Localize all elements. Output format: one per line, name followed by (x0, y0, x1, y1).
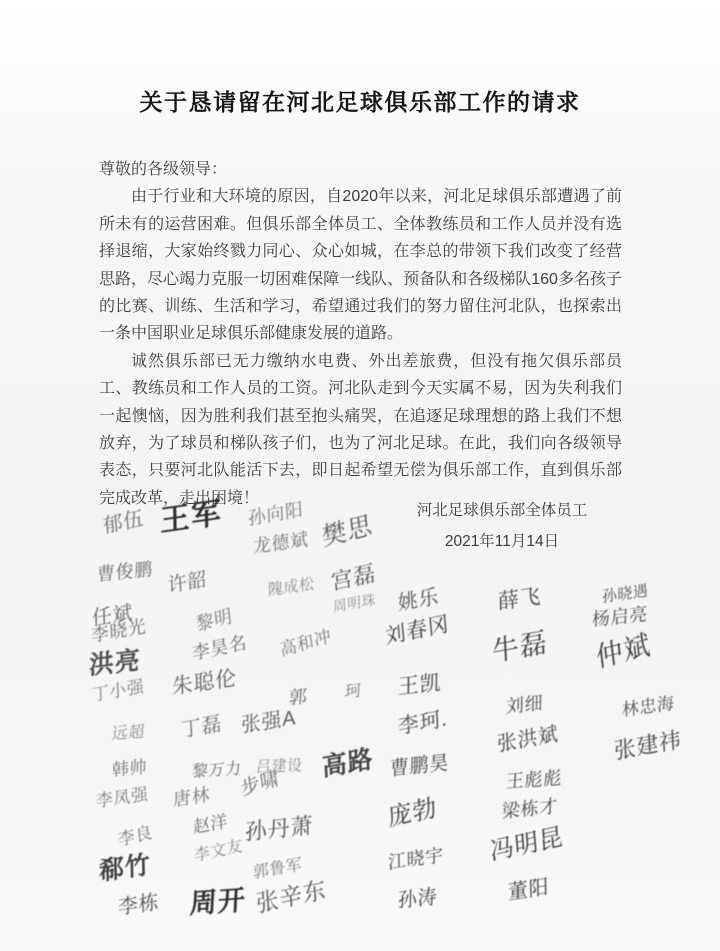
signature: 任斌 (92, 596, 134, 631)
signature: 李珂. (397, 702, 448, 741)
signature: 郭 (288, 683, 308, 710)
signature: 冯明昆 (488, 816, 564, 867)
document-title: 关于恳请留在河北足球俱乐部工作的请求 (0, 84, 720, 117)
paragraph-2: 诚然俱乐部已无力缴纳水电费、外出差旅费，但没有拖欠俱乐部员工、教练员和工作人员的… (99, 348, 622, 512)
signature: 李昊名 (191, 628, 248, 666)
signature: 姚乐 (397, 580, 440, 616)
signature: 隗成松 (268, 572, 315, 600)
signature: 孙丹萧 (245, 809, 314, 847)
signature: 丁小强 (91, 672, 145, 706)
signature: 周开 (189, 878, 247, 921)
signature: 刘春冈 (384, 607, 451, 651)
signature: 林忠海 (622, 689, 675, 722)
signature: 牛磊 (491, 620, 548, 669)
signature: 王彪彪 (505, 764, 562, 794)
signature: 杨启亮 (592, 600, 648, 632)
signature: 韩帅 (112, 752, 148, 781)
signature: 李晓光 (90, 612, 147, 648)
signature: 李凤强 (96, 780, 149, 813)
signature: 李栋 (118, 885, 160, 920)
signature: 曹鹏昊 (390, 748, 449, 781)
paragraph-1: 由于行业和大环境的原因，自2020年以来，河北足球俱乐部遭遇了前所未有的运营困难… (99, 183, 622, 347)
document-body: 尊敬的各级领导： 由于行业和大环境的原因，自2020年以来，河北足球俱乐部遭遇了… (99, 156, 622, 512)
signature: 黎万力 (191, 755, 242, 782)
signature: 王凯 (398, 666, 442, 701)
signature: 董阳 (508, 870, 550, 905)
signature: 郗竹 (99, 845, 151, 889)
signature: 曹俊鹏 (97, 555, 153, 587)
signature: 周明珠 (332, 589, 376, 617)
signature: 唐林 (173, 781, 211, 812)
signature: 李良 (116, 817, 153, 851)
signature: 远超 (111, 719, 145, 744)
signature: 张辛东 (255, 871, 328, 919)
signature: 洪亮 (89, 640, 141, 682)
signoff-date: 2021年11月14日 (392, 526, 612, 557)
signature: 仲斌 (594, 622, 653, 675)
signature: 吕建设 (255, 754, 304, 777)
signature: 孙涛 (398, 882, 438, 913)
document-page: 关于恳请留在河北足球俱乐部工作的请求 尊敬的各级领导： 由于行业和大环境的原因，… (0, 0, 720, 951)
signature: 郭鲁军 (252, 851, 302, 883)
signature: 宫磊 (330, 556, 377, 597)
signature: 樊思 (320, 505, 375, 554)
signature: 梁栋才 (502, 792, 558, 824)
signature: 许韶 (167, 564, 207, 598)
signature: 江晓宇 (388, 841, 444, 875)
signature: 薛飞 (498, 580, 542, 616)
signature: 孙晓遇 (602, 579, 649, 607)
signature: 珂 (344, 678, 362, 702)
signature: 高和冲 (278, 621, 333, 660)
signature: 步啸 (239, 763, 281, 801)
signature: 李文友 (193, 833, 244, 866)
signature: 龙德斌 (253, 525, 309, 559)
salutation: 尊敬的各级领导： (99, 156, 622, 183)
signoff-block: 河北足球俱乐部全体员工 2021年11月14日 (392, 495, 612, 557)
signature: 高路 (321, 739, 374, 784)
signature: 张洪斌 (496, 717, 559, 757)
signature: 张建祎 (613, 723, 682, 766)
signature: 刘细 (506, 689, 544, 719)
signature: 朱聪伦 (172, 662, 237, 701)
signature: 张强A (241, 701, 297, 738)
signature: 黎明 (194, 602, 234, 637)
signature: 赵洋 (192, 807, 228, 838)
signature: 庞勃 (386, 788, 438, 834)
signature: 丁磊 (180, 707, 223, 743)
signoff-organization: 河北足球俱乐部全体员工 (392, 495, 612, 526)
